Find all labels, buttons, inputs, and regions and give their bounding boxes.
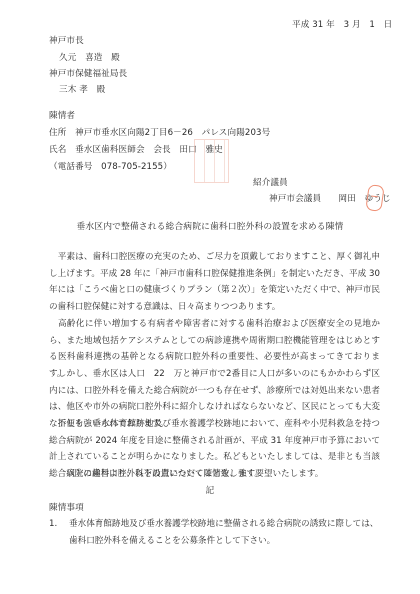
addressee-name-health-bureau: 三木 孝 殿 <box>59 85 105 96</box>
addressee-name-mayor: 久元 喜造 殿 <box>59 53 120 64</box>
document-title: 垂水区内で整備される総合病院に歯科口腔外科の設置を求める陳情 <box>0 222 420 233</box>
document-date: 平成 31 年 3 月 1 日 <box>292 20 392 31</box>
paragraph-1: 平素は、歯科口腔医療の充実のため、ご尽力を頂戴しておりますこと、厚く御礼申し上げ… <box>49 249 380 316</box>
addressee-org-health-bureau: 神戸市保健福祉局長 <box>49 69 127 80</box>
addressee-org-mayor: 神戸市長 <box>49 36 84 47</box>
petitioner-heading: 陳情者 <box>49 111 75 122</box>
petitioner-phone: （電話番号 078-705-2155） <box>49 162 172 173</box>
petition-document: 平成 31 年 3 月 1 日 神戸市長 久元 喜造 殿 神戸市保健福祉局長 三… <box>0 0 420 594</box>
items-heading: 陳情事項 <box>49 503 84 514</box>
ki-marker: 記 <box>0 486 420 497</box>
petition-item-number: 1. <box>49 516 57 533</box>
petitioner-seal-stamp <box>194 139 229 183</box>
paragraph-5: 以上の趣旨より、以下の点について陳情致します。 <box>49 466 380 483</box>
introducer-seal-stamp <box>365 184 384 212</box>
introducer-heading: 紹介議員 <box>253 178 288 189</box>
petitioner-address: 住所 神戸市垂水区向陽2丁目6－26 パレス向陽203号 <box>49 128 270 139</box>
petition-item-text: 垂水体育館跡地及び垂水養護学校跡地に整備される総合病院の誘致に際しては、歯科口腔… <box>69 516 380 549</box>
